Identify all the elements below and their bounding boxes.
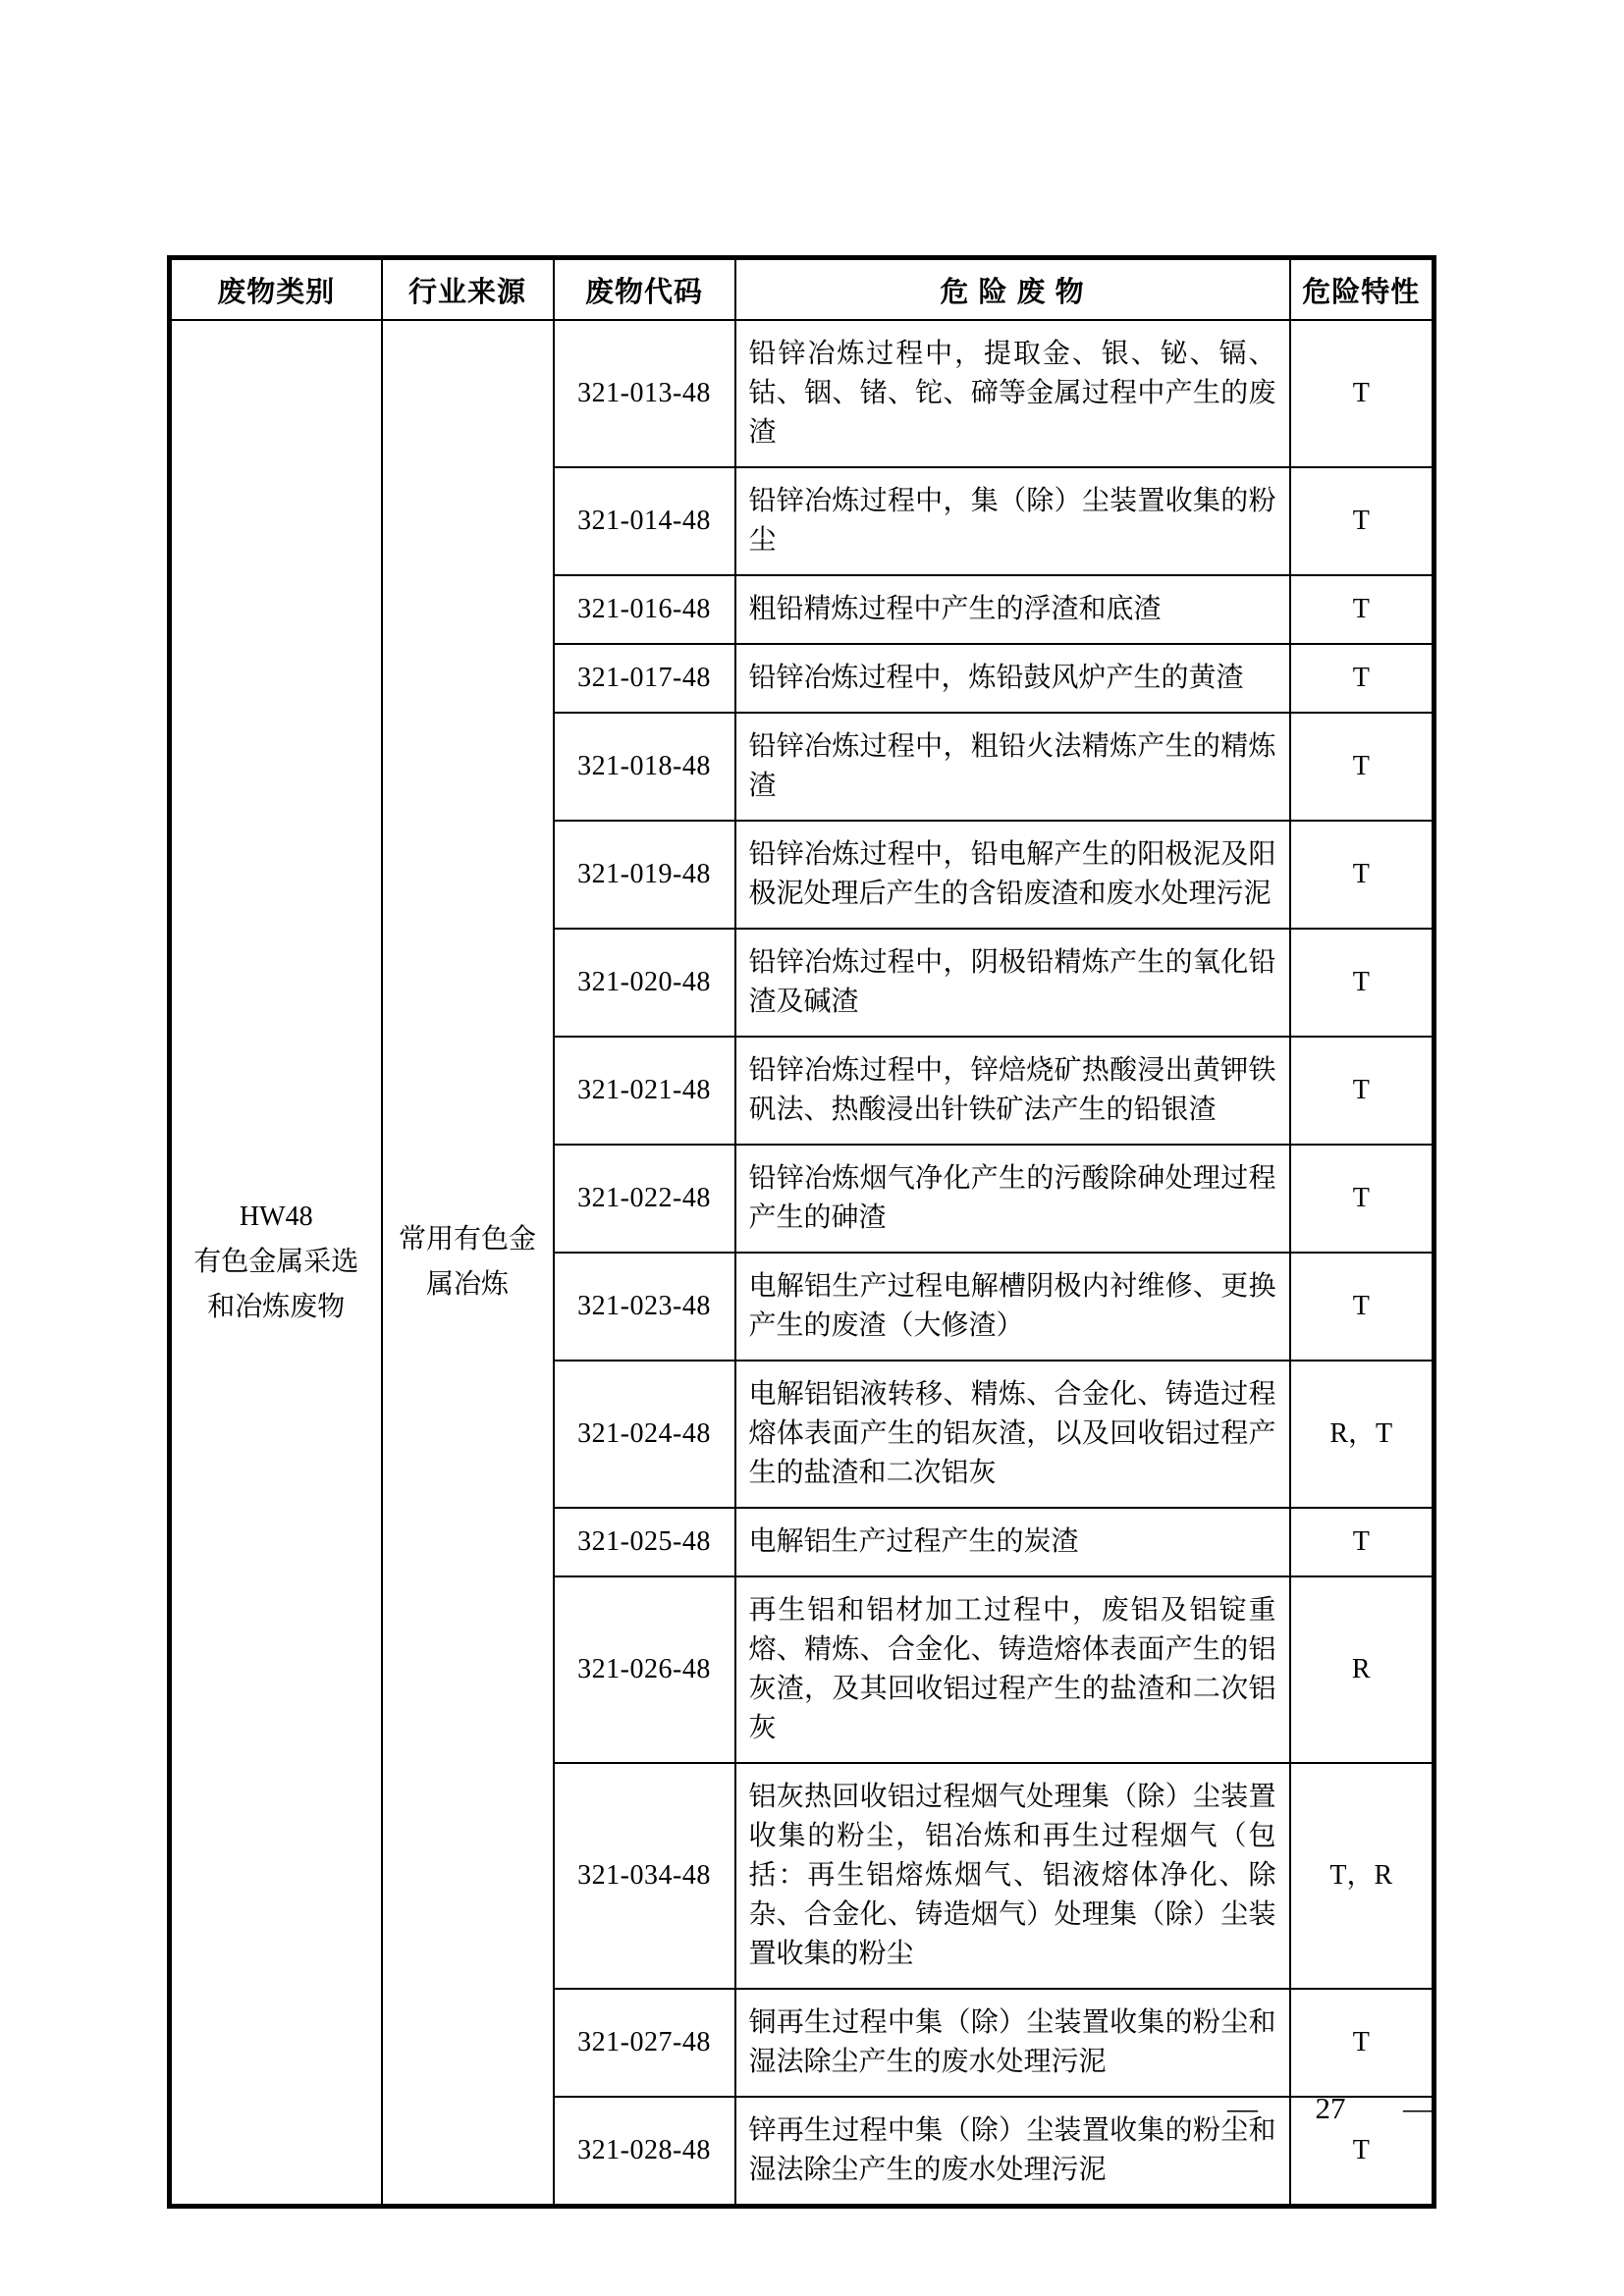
waste-description-cell: 铅锌冶炼烟气净化产生的污酸除砷处理过程产生的砷渣 <box>735 1145 1290 1253</box>
waste-code-cell: 321-022-48 <box>554 1145 735 1253</box>
hazard-property-cell: T <box>1290 1989 1435 2097</box>
column-header-waste-code: 废物代码 <box>554 258 735 321</box>
waste-description-cell: 铅锌冶炼过程中，阴极铅精炼产生的氧化铅渣及碱渣 <box>735 929 1290 1037</box>
hazard-property-cell: T <box>1290 1253 1435 1361</box>
waste-code-cell: 321-016-48 <box>554 575 735 644</box>
waste-category-cell: HW48 有色金属采选 和冶炼废物 <box>170 320 382 2207</box>
page-number: — 27 — <box>1227 2091 1434 2126</box>
waste-description-cell: 铅锌冶炼过程中，铅电解产生的阳极泥及阳极泥处理后产生的含铅废渣和废水处理污泥 <box>735 821 1290 929</box>
waste-code-cell: 321-021-48 <box>554 1037 735 1145</box>
hazard-property-cell: R <box>1290 1576 1435 1763</box>
waste-code-cell: 321-023-48 <box>554 1253 735 1361</box>
waste-code-cell: 321-020-48 <box>554 929 735 1037</box>
waste-description-cell: 电解铝生产过程电解槽阴极内衬维修、更换产生的废渣（大修渣） <box>735 1253 1290 1361</box>
industry-source-line2: 属冶炼 <box>391 1262 545 1308</box>
hazard-property-cell: T <box>1290 713 1435 821</box>
waste-description-cell: 锌再生过程中集（除）尘装置收集的粉尘和湿法除尘产生的废水处理污泥 <box>735 2097 1290 2207</box>
waste-description-cell: 铅锌冶炼过程中，锌焙烧矿热酸浸出黄钾铁矾法、热酸浸出针铁矿法产生的铅银渣 <box>735 1037 1290 1145</box>
hazard-property-cell: T <box>1290 929 1435 1037</box>
waste-code-cell: 321-027-48 <box>554 1989 735 2097</box>
waste-code-cell: 321-024-48 <box>554 1361 735 1508</box>
waste-description-cell: 铅锌冶炼过程中，集（除）尘装置收集的粉尘 <box>735 467 1290 575</box>
table-header-row: 废物类别 行业来源 废物代码 危 险 废 物 危险特性 <box>170 258 1435 321</box>
waste-category-code: HW48 <box>180 1195 373 1240</box>
column-header-industry-source: 行业来源 <box>382 258 554 321</box>
column-header-hazardous-waste: 危 险 废 物 <box>735 258 1290 321</box>
waste-code-cell: 321-014-48 <box>554 467 735 575</box>
waste-category-name-line1: 有色金属采选 <box>180 1240 373 1285</box>
hazard-property-cell: T <box>1290 1508 1435 1576</box>
hazard-property-cell: R，T <box>1290 1361 1435 1508</box>
hazard-property-cell: T <box>1290 644 1435 713</box>
table-row: HW48 有色金属采选 和冶炼废物 常用有色金 属冶炼 321-013-48 铅… <box>170 320 1435 467</box>
page-number-dash-right: — <box>1403 2091 1434 2126</box>
hazardous-waste-table: 废物类别 行业来源 废物代码 危 险 废 物 危险特性 HW48 有色金属采选 … <box>167 255 1436 2209</box>
hazard-property-cell: T <box>1290 821 1435 929</box>
waste-code-cell: 321-018-48 <box>554 713 735 821</box>
waste-code-cell: 321-017-48 <box>554 644 735 713</box>
waste-code-cell: 321-013-48 <box>554 320 735 467</box>
hazard-property-cell: T，R <box>1290 1763 1435 1989</box>
waste-code-cell: 321-034-48 <box>554 1763 735 1989</box>
column-header-hazard-property: 危险特性 <box>1290 258 1435 321</box>
hazard-property-cell: T <box>1290 1145 1435 1253</box>
hazard-property-cell: T <box>1290 575 1435 644</box>
hazard-property-cell: T <box>1290 467 1435 575</box>
waste-description-cell: 粗铅精炼过程中产生的浮渣和底渣 <box>735 575 1290 644</box>
waste-description-cell: 铜再生过程中集（除）尘装置收集的粉尘和湿法除尘产生的废水处理污泥 <box>735 1989 1290 2097</box>
page-number-value: 27 <box>1316 2091 1346 2126</box>
hazard-property-cell: T <box>1290 1037 1435 1145</box>
waste-description-cell: 电解铝生产过程产生的炭渣 <box>735 1508 1290 1576</box>
waste-description-cell: 电解铝铝液转移、精炼、合金化、铸造过程熔体表面产生的铝灰渣，以及回收铝过程产生的… <box>735 1361 1290 1508</box>
waste-description-cell: 铅锌冶炼过程中，提取金、银、铋、镉、钴、铟、锗、铊、碲等金属过程中产生的废渣 <box>735 320 1290 467</box>
page-number-dash-left: — <box>1227 2091 1258 2126</box>
waste-description-cell: 铅锌冶炼过程中，炼铅鼓风炉产生的黄渣 <box>735 644 1290 713</box>
waste-code-cell: 321-025-48 <box>554 1508 735 1576</box>
waste-code-cell: 321-026-48 <box>554 1576 735 1763</box>
waste-description-cell: 铅锌冶炼过程中，粗铅火法精炼产生的精炼渣 <box>735 713 1290 821</box>
industry-source-line1: 常用有色金 <box>391 1217 545 1262</box>
hazard-property-cell: T <box>1290 320 1435 467</box>
waste-code-cell: 321-028-48 <box>554 2097 735 2207</box>
waste-description-cell: 再生铝和铝材加工过程中，废铝及铝锭重熔、精炼、合金化、铸造熔体表面产生的铝灰渣，… <box>735 1576 1290 1763</box>
waste-description-cell: 铝灰热回收铝过程烟气处理集（除）尘装置收集的粉尘，铝冶炼和再生过程烟气（包括：再… <box>735 1763 1290 1989</box>
column-header-waste-category: 废物类别 <box>170 258 382 321</box>
waste-code-cell: 321-019-48 <box>554 821 735 929</box>
waste-category-name-line2: 和冶炼废物 <box>180 1285 373 1330</box>
industry-source-cell: 常用有色金 属冶炼 <box>382 320 554 2207</box>
